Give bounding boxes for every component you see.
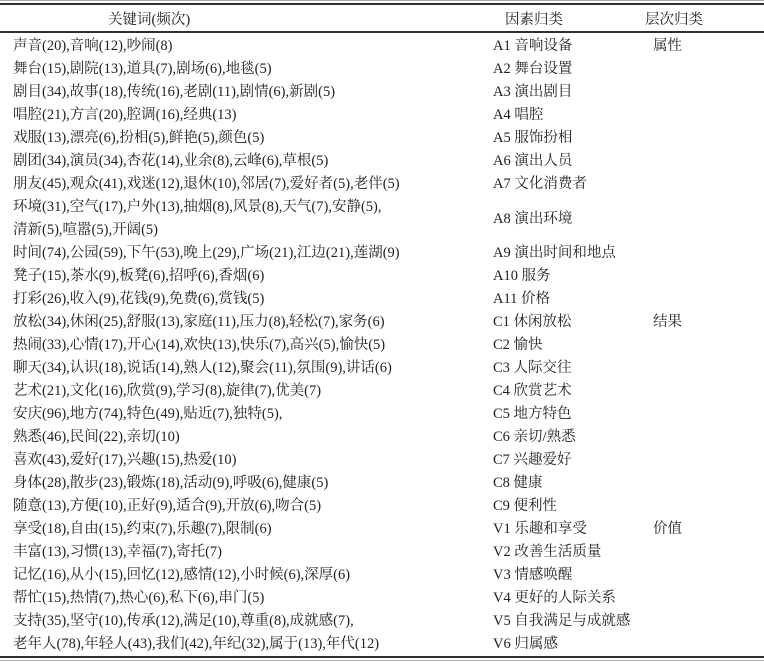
table-row: 老年人(78),年轻人(43),我们(42),年纪(32),属于(13),年代(… — [0, 633, 764, 656]
keywords-cell: 丰富(13),习惯(13),幸福(7),寄托(7) — [13, 541, 493, 564]
table-row: 剧目(34),故事(18),传统(16),老剧(11),剧情(6),新剧(5) … — [0, 81, 764, 104]
table-row: 记忆(16),从小(15),回忆(12),感情(12),小时候(6),深厚(6)… — [0, 564, 764, 587]
factor-cell: C2 愉快 — [493, 334, 645, 357]
factor-cell: V1 乐趣和享受 — [493, 518, 645, 541]
factor-cell: A11 价格 — [493, 288, 645, 311]
table-row: 安庆(96),地方(74),特色(49),贴近(7),独特(5), C5 地方特… — [0, 403, 764, 426]
level-cell: 属性 — [645, 35, 764, 58]
table-row: 聊天(34),认识(18),说话(14),熟人(12),聚会(11),氛围(9)… — [0, 357, 764, 380]
keywords-cell: 热闹(33),心情(17),开心(14),欢快(13),快乐(7),高兴(5),… — [13, 334, 493, 357]
keywords-cell: 安庆(96),地方(74),特色(49),贴近(7),独特(5), — [13, 403, 493, 426]
keywords-cell: 熟悉(46),民间(22),亲切(10) — [13, 426, 493, 449]
factor-cell: V4 更好的人际关系 — [493, 587, 645, 610]
column-header-factor: 因素归类 — [493, 8, 645, 29]
keywords-cell: 剧团(34),演员(34),杏花(14),业余(8),云峰(6),草根(5) — [13, 150, 493, 173]
keywords-cell: 打彩(26),收入(9),花钱(9),免费(6),赏钱(5) — [13, 288, 493, 311]
table-row: 唱腔(21),方言(20),腔调(16),经典(13) A4 唱腔 — [0, 104, 764, 127]
bottom-rule-thin — [0, 660, 764, 661]
factor-cell: V3 情感唤醒 — [493, 564, 645, 587]
keywords-cell: 声音(20),音响(12),吵闹(8) — [13, 35, 493, 58]
factor-cell: A1 音响设备 — [493, 35, 645, 58]
table-row: 支持(35),坚守(10),传承(12),满足(10),尊重(8),成就感(7)… — [0, 610, 764, 633]
table-row: 放松(34),休闲(25),舒服(13),家庭(11),压力(8),轻松(7),… — [0, 311, 764, 334]
column-header-level: 层次归类 — [645, 8, 764, 29]
factor-cell: C5 地方特色 — [493, 403, 645, 426]
keywords-cell: 支持(35),坚守(10),传承(12),满足(10),尊重(8),成就感(7)… — [13, 610, 493, 633]
paper-table-page: 关键词(频次) 因素归类 层次归类 声音(20),音响(12),吵闹(8) A1… — [0, 0, 764, 670]
factor-cell: A2 舞台设置 — [493, 58, 645, 81]
factor-cell: A5 服饰扮相 — [493, 127, 645, 150]
keywords-cell: 时间(74),公园(59),下午(53),晚上(29),广场(21),江边(21… — [13, 242, 493, 265]
keywords-cell: 艺术(21),文化(16),欣赏(9),学习(8),旋律(7),优美(7) — [13, 380, 493, 403]
keywords-cell: 放松(34),休闲(25),舒服(13),家庭(11),压力(8),轻松(7),… — [13, 311, 493, 334]
keywords-cell: 喜欢(43),爱好(17),兴趣(15),热爱(10) — [13, 449, 493, 472]
factor-cell: A6 演出人员 — [493, 150, 645, 173]
factor-cell: A3 演出剧目 — [493, 81, 645, 104]
table-row: 凳子(15),茶水(9),板凳(6),招呼(6),香烟(6) A10 服务 — [0, 265, 764, 288]
factor-cell: C4 欣赏艺术 — [493, 380, 645, 403]
keywords-cell: 戏服(13),漂亮(6),扮相(5),鲜艳(5),颜色(5) — [13, 127, 493, 150]
table-row: 打彩(26),收入(9),花钱(9),免费(6),赏钱(5) A11 价格 — [0, 288, 764, 311]
level-cell: 价值 — [645, 518, 764, 541]
factor-cell: C9 便利性 — [493, 495, 645, 518]
keywords-cell: 聊天(34),认识(18),说话(14),熟人(12),聚会(11),氛围(9)… — [13, 357, 493, 380]
factor-cell: V2 改善生活质量 — [493, 541, 645, 564]
keywords-cell: 环境(31),空气(17),户外(13),抽烟(8),风景(8),天气(7),安… — [13, 196, 493, 242]
factor-cell: C1 休闲放松 — [493, 311, 645, 334]
factor-cell: A7 文化消费者 — [493, 173, 645, 196]
factor-cell: A4 唱腔 — [493, 104, 645, 127]
keywords-cell: 唱腔(21),方言(20),腔调(16),经典(13) — [13, 104, 493, 127]
table-row: 身体(28),散步(23),锻炼(18),活动(9),呼吸(6),健康(5) C… — [0, 472, 764, 495]
keywords-cell: 随意(13),方便(10),正好(9),适合(9),开放(6),吻合(5) — [13, 495, 493, 518]
keywords-cell: 老年人(78),年轻人(43),我们(42),年纪(32),属于(13),年代(… — [13, 633, 493, 656]
table-row: 喜欢(43),爱好(17),兴趣(15),热爱(10) C7 兴趣爱好 — [0, 449, 764, 472]
table-row: 艺术(21),文化(16),欣赏(9),学习(8),旋律(7),优美(7) C4… — [0, 380, 764, 403]
factor-cell: C3 人际交往 — [493, 357, 645, 380]
keywords-cell: 剧目(34),故事(18),传统(16),老剧(11),剧情(6),新剧(5) — [13, 81, 493, 104]
factor-cell: A8 演出环境 — [493, 208, 645, 231]
table-row: 时间(74),公园(59),下午(53),晚上(29),广场(21),江边(21… — [0, 242, 764, 265]
table-row: 剧团(34),演员(34),杏花(14),业余(8),云峰(6),草根(5) A… — [0, 150, 764, 173]
factor-cell: V5 自我满足与成就感 — [493, 610, 645, 633]
keywords-cell: 凳子(15),茶水(9),板凳(6),招呼(6),香烟(6) — [13, 265, 493, 288]
table-row: 随意(13),方便(10),正好(9),适合(9),开放(6),吻合(5) C9… — [0, 495, 764, 518]
table-row: 享受(18),自由(15),约束(7),乐趣(7),限制(6) V1 乐趣和享受… — [0, 518, 764, 541]
keywords-cell: 帮忙(15),热情(7),热心(6),私下(6),串门(5) — [13, 587, 493, 610]
level-cell: 结果 — [645, 311, 764, 334]
table-row: 熟悉(46),民间(22),亲切(10) C6 亲切/熟悉 — [0, 426, 764, 449]
table-row: 环境(31),空气(17),户外(13),抽烟(8),风景(8),天气(7),安… — [0, 196, 764, 242]
table-row: 声音(20),音响(12),吵闹(8) A1 音响设备 属性 — [0, 35, 764, 58]
factor-cell: A10 服务 — [493, 265, 645, 288]
factor-cell: C6 亲切/熟悉 — [493, 426, 645, 449]
table-row: 戏服(13),漂亮(6),扮相(5),鲜艳(5),颜色(5) A5 服饰扮相 — [0, 127, 764, 150]
factor-cell: V6 归属感 — [493, 633, 645, 656]
table-row: 丰富(13),习惯(13),幸福(7),寄托(7) V2 改善生活质量 — [0, 541, 764, 564]
keywords-cell: 舞台(15),剧院(13),道具(7),剧场(6),地毯(5) — [13, 58, 493, 81]
keywords-cell: 身体(28),散步(23),锻炼(18),活动(9),呼吸(6),健康(5) — [13, 472, 493, 495]
keywords-cell: 朋友(45),观众(41),戏迷(12),退休(10),邻居(7),爱好者(5)… — [13, 173, 493, 196]
column-header-keywords: 关键词(频次) — [13, 8, 493, 29]
table-row: 热闹(33),心情(17),开心(14),欢快(13),快乐(7),高兴(5),… — [0, 334, 764, 357]
keywords-cell: 享受(18),自由(15),约束(7),乐趣(7),限制(6) — [13, 518, 493, 541]
table-body: 声音(20),音响(12),吵闹(8) A1 音响设备 属性 舞台(15),剧院… — [0, 33, 764, 656]
factor-cell: C7 兴趣爱好 — [493, 449, 645, 472]
table-row: 帮忙(15),热情(7),热心(6),私下(6),串门(5) V4 更好的人际关… — [0, 587, 764, 610]
table-row: 舞台(15),剧院(13),道具(7),剧场(6),地毯(5) A2 舞台设置 — [0, 58, 764, 81]
keywords-cell: 记忆(16),从小(15),回忆(12),感情(12),小时候(6),深厚(6) — [13, 564, 493, 587]
table-row: 朋友(45),观众(41),戏迷(12),退休(10),邻居(7),爱好者(5)… — [0, 173, 764, 196]
factor-cell: A9 演出时间和地点 — [493, 242, 645, 265]
table-header-row: 关键词(频次) 因素归类 层次归类 — [0, 5, 764, 31]
factor-cell: C8 健康 — [493, 472, 645, 495]
